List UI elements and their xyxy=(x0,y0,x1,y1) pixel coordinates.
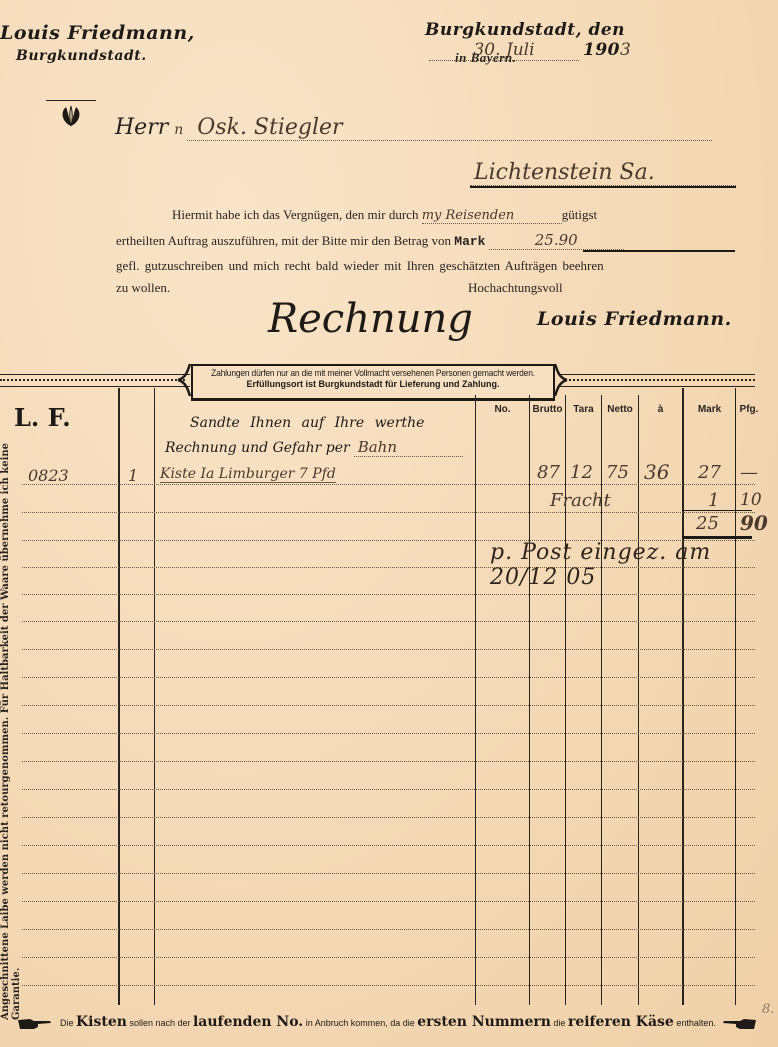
row-line xyxy=(22,733,755,734)
amount-underline xyxy=(583,250,735,252)
ornamental-dots-left xyxy=(0,379,185,381)
pointing-hand-left-icon xyxy=(722,1017,756,1031)
row-line xyxy=(22,705,755,706)
freight-label[interactable]: Fracht xyxy=(550,490,611,511)
pointing-hand-right-icon xyxy=(18,1017,52,1031)
notice-box: Zahlungen dürfen nur an die mit meiner V… xyxy=(191,364,555,401)
row-line xyxy=(22,677,755,678)
row-line xyxy=(22,817,755,818)
footer-text: enthalten. xyxy=(674,1018,716,1028)
intro-line-2: Rechnung und Gefahr per Bahn xyxy=(165,438,463,457)
row2-mark-amount[interactable]: 1 xyxy=(708,490,719,511)
col-header-pfg: Pfg. xyxy=(736,404,762,415)
row-line xyxy=(22,985,755,986)
payment-note[interactable]: p. Post eingez. am 20/12 05 xyxy=(490,540,778,590)
column-divider-tara xyxy=(601,395,602,1005)
company-name: Louis Friedmann, xyxy=(0,22,195,44)
row1-price[interactable]: 36 xyxy=(644,460,669,484)
footer-text-emphasis: ersten Nummern xyxy=(417,1014,551,1030)
total-rule xyxy=(682,536,752,539)
col-header-tara: Tara xyxy=(566,404,601,415)
body-line-2: ertheilten Auftrag auszuführen, mit der … xyxy=(116,231,738,250)
column-divider-price xyxy=(682,388,684,1005)
row1-description[interactable]: Kiste Ia Limburger 7 Pfd xyxy=(160,466,336,483)
footer-text: Die xyxy=(60,1018,76,1028)
shipping-method-field[interactable]: Bahn xyxy=(354,438,463,457)
side-note: Angeschnittene Laibe werden nicht retour… xyxy=(0,400,22,1020)
column-divider-mark-amount xyxy=(735,388,736,1005)
row-line xyxy=(22,845,755,846)
row-line xyxy=(22,649,755,650)
region-label: in Bayern. xyxy=(455,50,516,66)
row2-pfg[interactable]: 10 xyxy=(740,490,762,510)
row1-tara[interactable]: 12 xyxy=(570,462,593,483)
row-line xyxy=(22,512,755,513)
notice-line-1: Zahlungen dürfen nur an die mit meiner V… xyxy=(207,368,538,378)
company-city: Burgkundstadt. xyxy=(16,48,147,64)
body-line-2-text: ertheilten Auftrag auszuführen, mit der … xyxy=(116,233,451,248)
col-header-netto: Netto xyxy=(602,404,638,415)
row-line xyxy=(22,594,755,595)
currency-label: Mark xyxy=(454,234,485,249)
closing-label: Hochachtungsvoll xyxy=(468,280,563,296)
via-field[interactable]: my Reisenden xyxy=(422,208,562,224)
year-prefix: 190 xyxy=(583,40,620,60)
row1-qty[interactable]: 1 xyxy=(128,466,138,485)
footer-notice: Die Kisten sollen nach der laufenden No.… xyxy=(60,1014,710,1030)
row-line xyxy=(22,789,755,790)
signature: Louis Friedmann. xyxy=(537,308,732,330)
year-field[interactable]: 3 xyxy=(620,40,631,60)
date-line: Burgkundstadt, den 30. Juli 1903 xyxy=(425,20,765,46)
footer-text-emphasis: laufenden No. xyxy=(193,1014,303,1030)
ornamental-rule-bottom-right xyxy=(560,386,755,387)
ornamental-rule-bottom xyxy=(0,386,190,387)
row-line xyxy=(22,873,755,874)
document-title: Rechnung xyxy=(268,296,473,342)
row1-brutto[interactable]: 87 xyxy=(537,462,560,483)
row-line xyxy=(22,957,755,958)
col-header-price: à xyxy=(639,404,682,415)
column-divider-mark xyxy=(118,388,120,1005)
body-line-1-start: Hiermit habe ich das Vergnügen, den mir … xyxy=(172,207,418,222)
footer-text-emphasis: reiferen Käse xyxy=(568,1014,674,1030)
amount-field[interactable]: 25.90 xyxy=(489,231,624,250)
column-divider-desc xyxy=(475,395,476,1005)
addressee-city-field[interactable]: Lichtenstein Sa. xyxy=(470,160,736,186)
intro-line-2-print: Rechnung und Gefahr per xyxy=(165,440,350,456)
column-divider-netto xyxy=(638,395,639,1005)
total-pfg[interactable]: 90 xyxy=(740,511,768,535)
row-line xyxy=(22,901,755,902)
body-line-1: Hiermit habe ich das Vergnügen, den mir … xyxy=(172,207,737,224)
body-line-1-end: gütigst xyxy=(562,207,597,222)
logo-divider xyxy=(46,100,96,101)
scroll-flourish-left-icon xyxy=(176,362,192,398)
row1-mark-amount[interactable]: 27 xyxy=(698,462,721,483)
addressee-name-field[interactable]: Osk. Stiegler xyxy=(187,115,712,141)
margin-scribble: 8. xyxy=(762,1002,774,1017)
footer-text: in Anbruch kommen, da die xyxy=(303,1018,417,1028)
body-line-3: gefl. gutzuschreiben und mich recht bald… xyxy=(116,258,738,274)
address-underline xyxy=(470,186,736,188)
intro-line-1: Sandte Ihnen auf Ihre werthe xyxy=(190,415,424,431)
column-divider-qty xyxy=(154,388,155,1005)
salutation-prefix: Herr xyxy=(115,115,168,140)
salutation-suffix: n xyxy=(174,122,183,138)
row-line xyxy=(22,761,755,762)
total-mark-amount[interactable]: 25 xyxy=(696,513,719,534)
row1-netto[interactable]: 75 xyxy=(606,462,629,483)
ornamental-dots-right xyxy=(565,379,755,381)
row1-mark[interactable]: 0823 xyxy=(28,466,69,485)
footer-text: die xyxy=(551,1018,568,1028)
place-label: Burgkundstadt, den xyxy=(425,20,625,40)
row-line xyxy=(22,621,755,622)
footer-text-emphasis: Kisten xyxy=(76,1014,127,1030)
col-header-no: No. xyxy=(476,404,529,415)
row1-pfg[interactable]: — xyxy=(740,462,758,483)
cheese-leaf-emblem-icon xyxy=(58,104,84,128)
column-divider-no xyxy=(529,395,530,1005)
lf-mark-label: L. F. xyxy=(14,403,71,432)
column-divider-brutto xyxy=(565,395,566,1005)
addressee-line: Herrn Osk. Stiegler xyxy=(115,115,735,145)
ornamental-rule-top-right xyxy=(560,374,755,375)
scroll-flourish-right-icon xyxy=(553,362,569,398)
row-line xyxy=(22,929,755,930)
footer-text: sollen nach der xyxy=(127,1018,193,1028)
body-line-4: zu wollen. xyxy=(116,280,170,296)
col-header-brutto: Brutto xyxy=(530,404,565,415)
col-header-mark: Mark xyxy=(684,404,735,415)
side-note-text: Angeschnittene Laibe werden nicht retour… xyxy=(0,443,22,1020)
ornamental-rule-top xyxy=(0,374,190,375)
notice-line-2: Erfüllungsort ist Burgkundstadt für Lief… xyxy=(193,379,553,389)
